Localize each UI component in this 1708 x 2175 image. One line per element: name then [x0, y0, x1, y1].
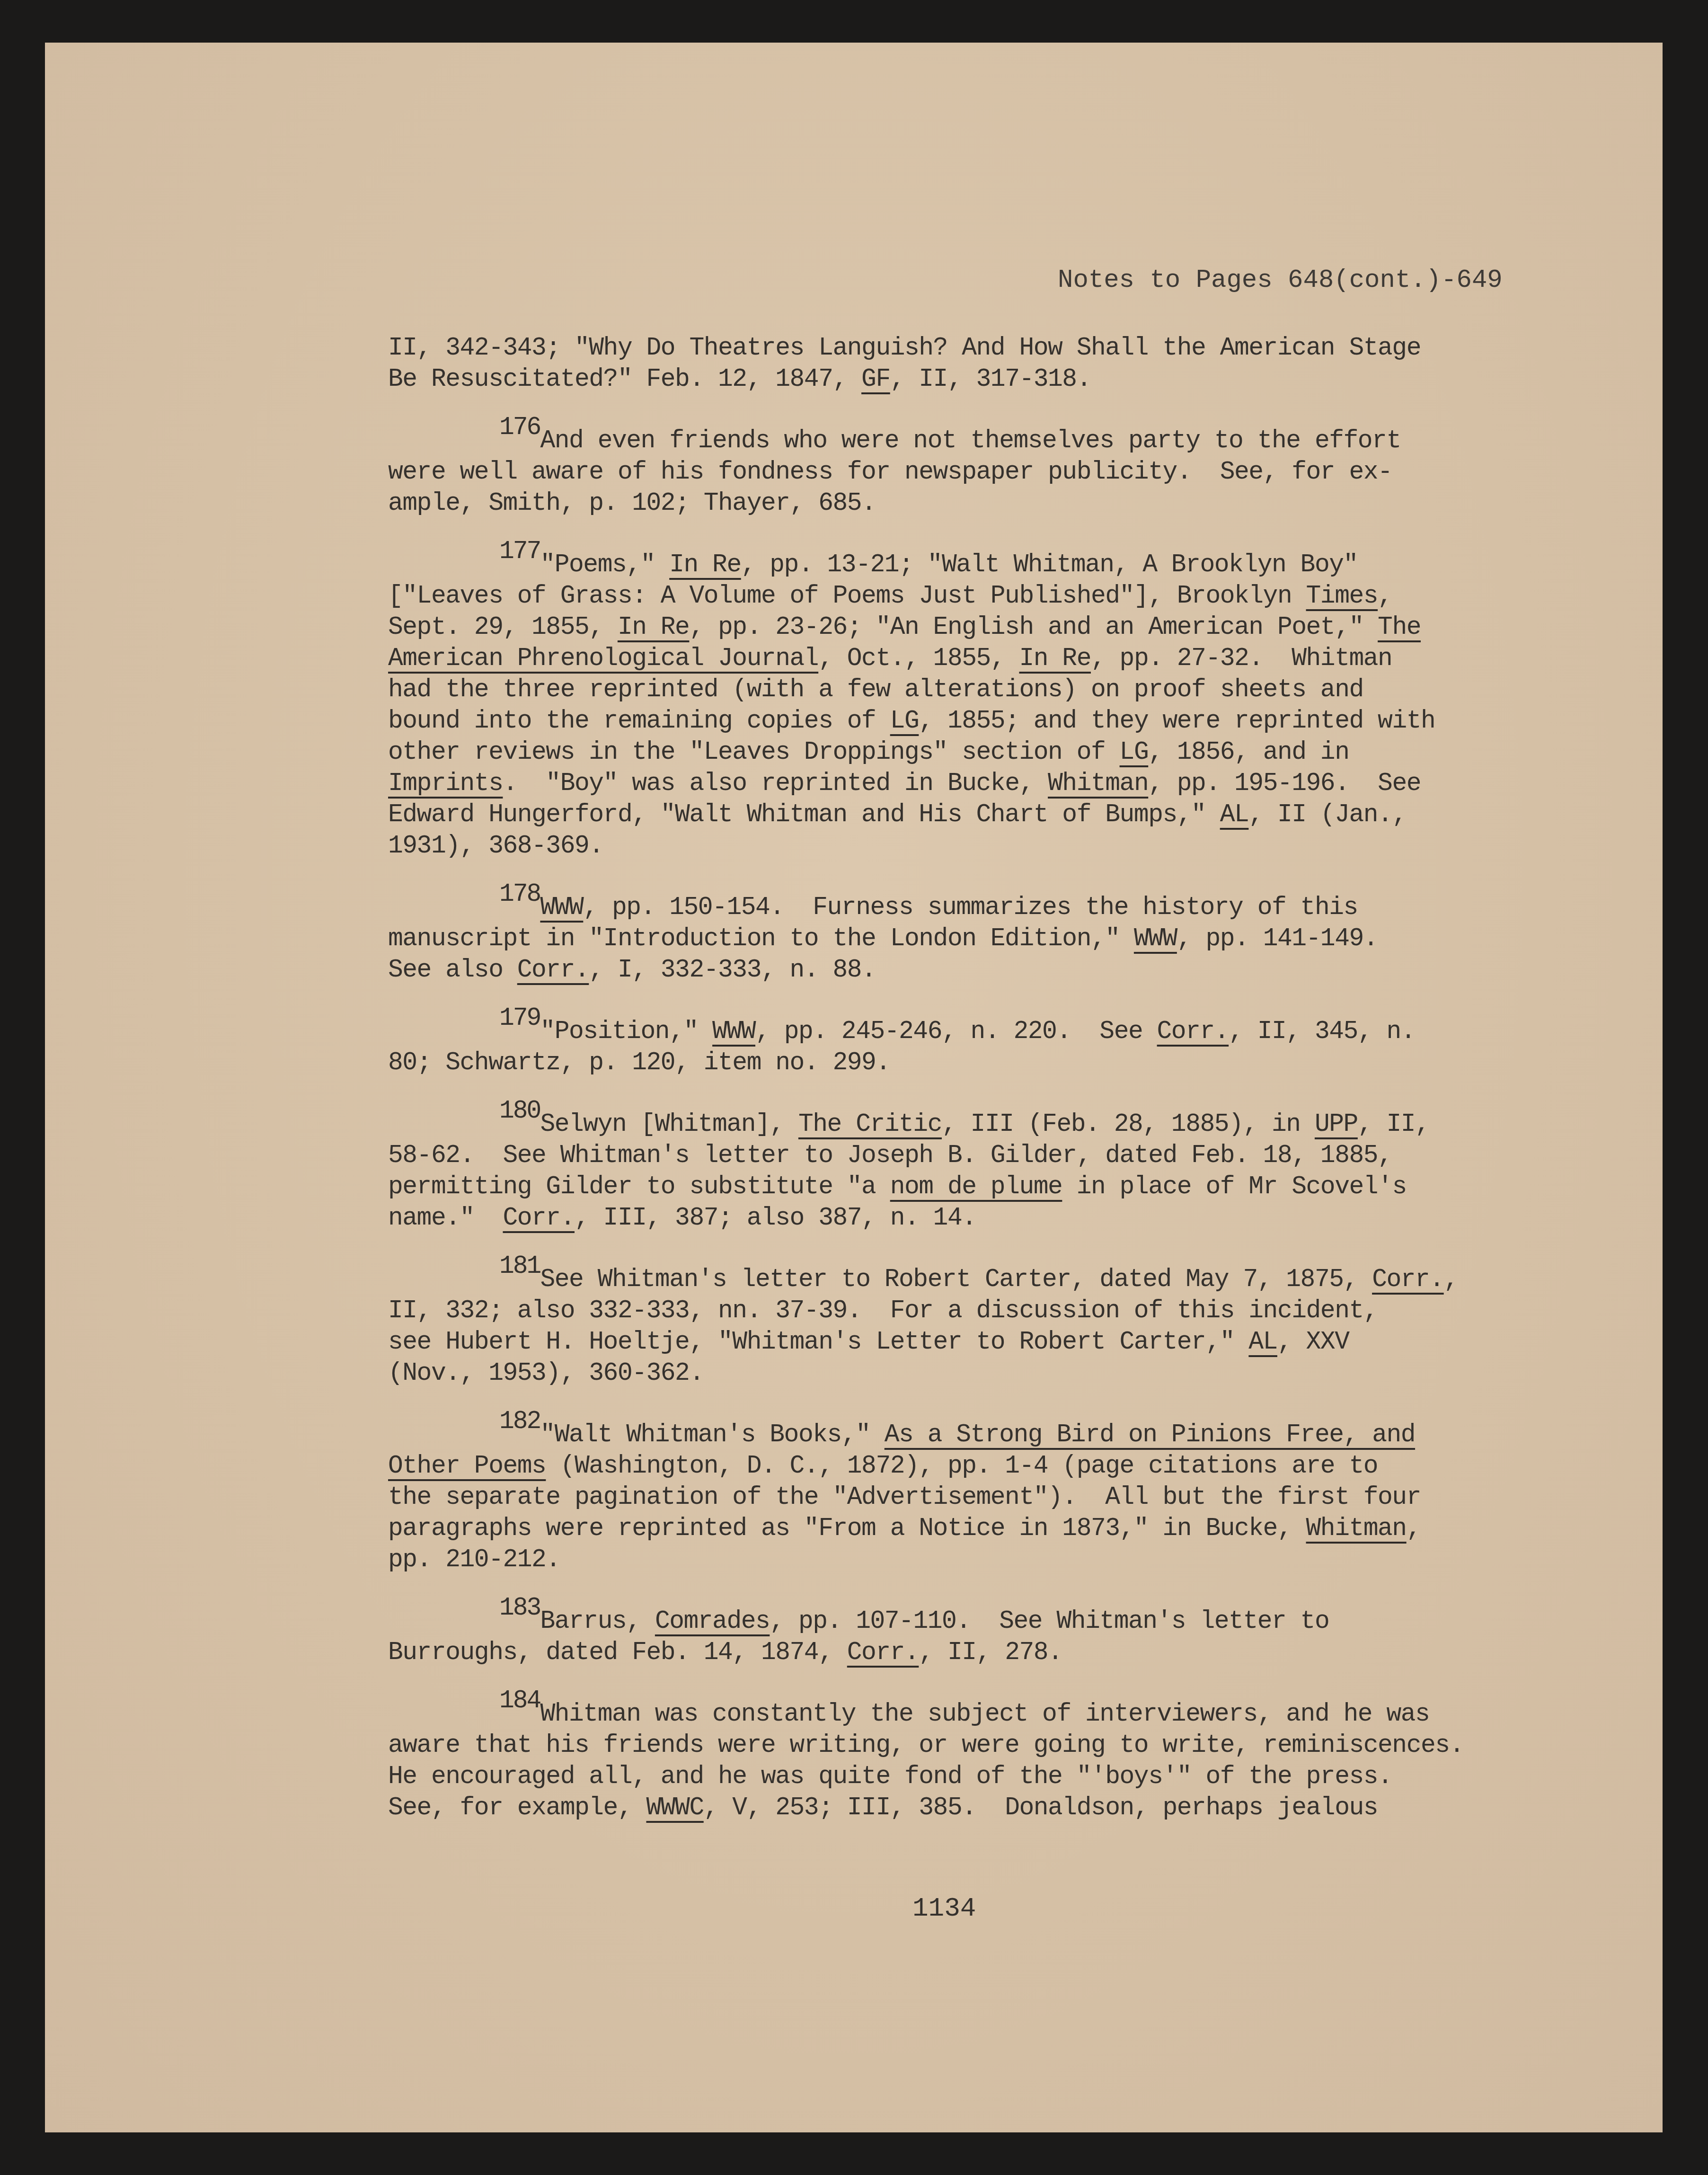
footnote-number: 180 [499, 1097, 540, 1125]
text-line: aware that his friends were writing, or … [388, 1730, 1581, 1761]
footnote-181: 181See Whitman's letter to Robert Carter… [388, 1264, 1581, 1389]
text-line: 80; Schwartz, p. 120, item no. 299. [388, 1047, 1581, 1078]
running-header: Notes to Pages 648(cont.)-649 [1058, 266, 1503, 295]
text-line: name." Corr., III, 387; also 387, n. 14. [388, 1202, 1581, 1234]
text-line: Imprints. "Boy" was also reprinted in Bu… [388, 768, 1581, 799]
text-line: Other Poems (Washington, D. C., 1872), p… [388, 1450, 1581, 1482]
typescript-page: Notes to Pages 648(cont.)-649 II, 342-34… [45, 43, 1663, 2132]
text-line: And even friends who were not themselves… [540, 426, 1400, 455]
text-line: permitting Gilder to substitute "a nom d… [388, 1171, 1581, 1202]
text-line: see Hubert H. Hoeltje, "Whitman's Letter… [388, 1326, 1581, 1358]
text-line: WWW, pp. 150-154. Furness summarizes the… [540, 893, 1357, 922]
text-line: Be Resuscitated?" Feb. 12, 1847, GF, II,… [388, 364, 1581, 395]
footnote-178: 178WWW, pp. 150-154. Furness summarizes … [388, 892, 1581, 985]
notes-body: II, 342-343; "Why Do Theatres Languish? … [388, 332, 1581, 1823]
footnote-number: 176 [499, 413, 540, 442]
footnote-184: 184Whitman was constantly the subject of… [388, 1698, 1581, 1823]
continued-note: II, 342-343; "Why Do Theatres Languish? … [388, 332, 1581, 395]
text-line: II, 332; also 332-333, nn. 37-39. For a … [388, 1295, 1581, 1326]
footnote-number: 182 [499, 1407, 540, 1436]
text-line: He encouraged all, and he was quite fond… [388, 1761, 1581, 1792]
footnote-number: 178 [499, 880, 540, 908]
footnote-182: 182"Walt Whitman's Books," As a Strong B… [388, 1419, 1581, 1575]
text-line: pp. 210-212. [388, 1544, 1581, 1575]
footnote-176: 176And even friends who were not themsel… [388, 425, 1581, 519]
text-line: Sept. 29, 1855, In Re, pp. 23-26; "An En… [388, 612, 1581, 643]
text-line: Selwyn [Whitman], The Critic, III (Feb. … [540, 1110, 1429, 1138]
footnote-179: 179"Position," WWW, pp. 245-246, n. 220.… [388, 1016, 1581, 1078]
text-line: See Whitman's letter to Robert Carter, d… [540, 1265, 1458, 1294]
text-line: ["Leaves of Grass: A Volume of Poems Jus… [388, 580, 1581, 612]
text-line: See also Corr., I, 332-333, n. 88. [388, 954, 1581, 985]
text-line: bound into the remaining copies of LG, 1… [388, 705, 1581, 737]
text-line: "Position," WWW, pp. 245-246, n. 220. Se… [540, 1017, 1415, 1046]
text-line: ample, Smith, p. 102; Thayer, 685. [388, 488, 1581, 519]
footnote-number: 183 [499, 1594, 540, 1622]
text-line: were well aware of his fondness for news… [388, 456, 1581, 488]
footnote-183: 183Barrus, Comrades, pp. 107-110. See Wh… [388, 1606, 1581, 1668]
text-line: Burroughs, dated Feb. 14, 1874, Corr., I… [388, 1637, 1581, 1668]
text-line: 1931), 368-369. [388, 830, 1581, 861]
footnote-number: 179 [499, 1004, 540, 1032]
text-line: "Poems," In Re, pp. 13-21; "Walt Whitman… [540, 550, 1357, 579]
text-line: manuscript in "Introduction to the Londo… [388, 923, 1581, 954]
text-line: Whitman was constantly the subject of in… [540, 1700, 1429, 1728]
footnote-number: 181 [499, 1252, 540, 1280]
text-line: had the three reprinted (with a few alte… [388, 674, 1581, 705]
footnote-180: 180Selwyn [Whitman], The Critic, III (Fe… [388, 1109, 1581, 1234]
text-line: paragraphs were reprinted as "From a Not… [388, 1513, 1581, 1544]
text-line: Barrus, Comrades, pp. 107-110. See Whitm… [540, 1607, 1329, 1635]
text-line: American Phrenological Journal, Oct., 18… [388, 643, 1581, 674]
text-line: Edward Hungerford, "Walt Whitman and His… [388, 799, 1581, 830]
footnote-number: 184 [499, 1687, 540, 1715]
text-line: the separate pagination of the "Advertis… [388, 1482, 1581, 1513]
footnote-number: 177 [499, 537, 540, 566]
text-line: (Nov., 1953), 360-362. [388, 1358, 1581, 1389]
page-number: 1134 [912, 1893, 976, 1924]
text-line: See, for example, WWWC, V, 253; III, 385… [388, 1792, 1581, 1823]
footnote-177: 177"Poems," In Re, pp. 13-21; "Walt Whit… [388, 549, 1581, 861]
text-line: II, 342-343; "Why Do Theatres Languish? … [388, 332, 1581, 364]
text-line: other reviews in the "Leaves Droppings" … [388, 737, 1581, 768]
text-line: "Walt Whitman's Books," As a Strong Bird… [540, 1420, 1415, 1449]
text-line: 58-62. See Whitman's letter to Joseph B.… [388, 1140, 1581, 1171]
